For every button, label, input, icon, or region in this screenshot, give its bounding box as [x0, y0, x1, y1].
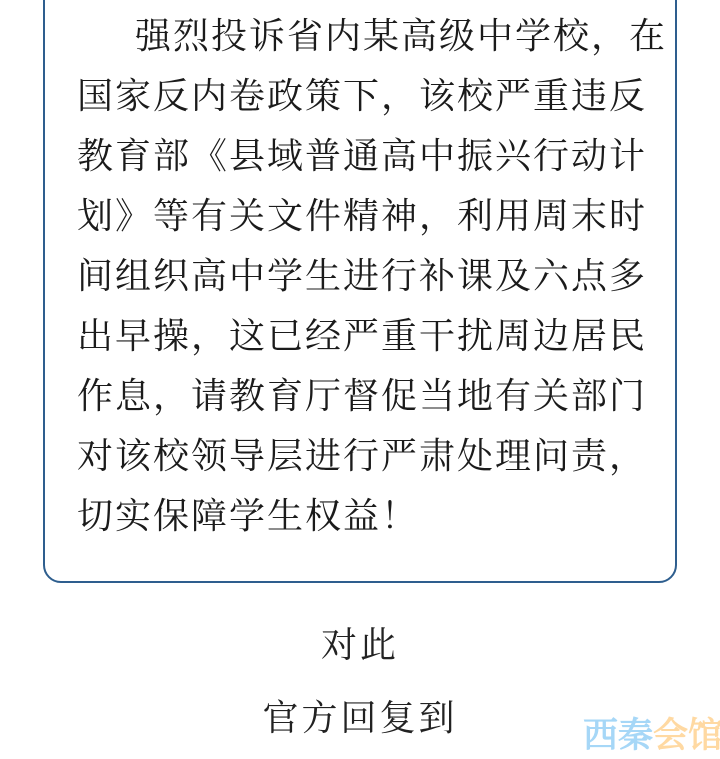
- complaint-line: 出早操，这已经严重干扰周边居民: [77, 306, 645, 366]
- watermark-part1: 西秦: [583, 716, 653, 755]
- complaint-line: 对该校领导层进行严肃处理问责，: [77, 426, 645, 486]
- complaint-line: 切实保障学生权益！: [77, 486, 645, 546]
- watermark-xiqin-huiguan: 西秦会馆: [583, 717, 720, 755]
- complaint-line: 划》等有关文件精神，利用周末时: [77, 186, 645, 246]
- complaint-line: 教育部《县域普通高中振兴行动计: [77, 126, 645, 186]
- complaint-line: 强烈投诉省内某高级中学校，在: [77, 6, 645, 66]
- transition-text-duici: 对此: [0, 626, 720, 664]
- complaint-text-box: 强烈投诉省内某高级中学校，在 国家反内卷政策下，该校严重违反 教育部《县域普通高…: [43, 0, 677, 583]
- watermark-part2: 会馆: [653, 716, 720, 755]
- complaint-line: 间组织高中学生进行补课及六点多: [77, 246, 645, 306]
- complaint-line: 国家反内卷政策下，该校严重违反: [77, 66, 645, 126]
- complaint-line: 作息，请教育厅督促当地有关部门: [77, 366, 645, 426]
- page: 强烈投诉省内某高级中学校，在 国家反内卷政策下，该校严重违反 教育部《县域普通高…: [0, 0, 720, 759]
